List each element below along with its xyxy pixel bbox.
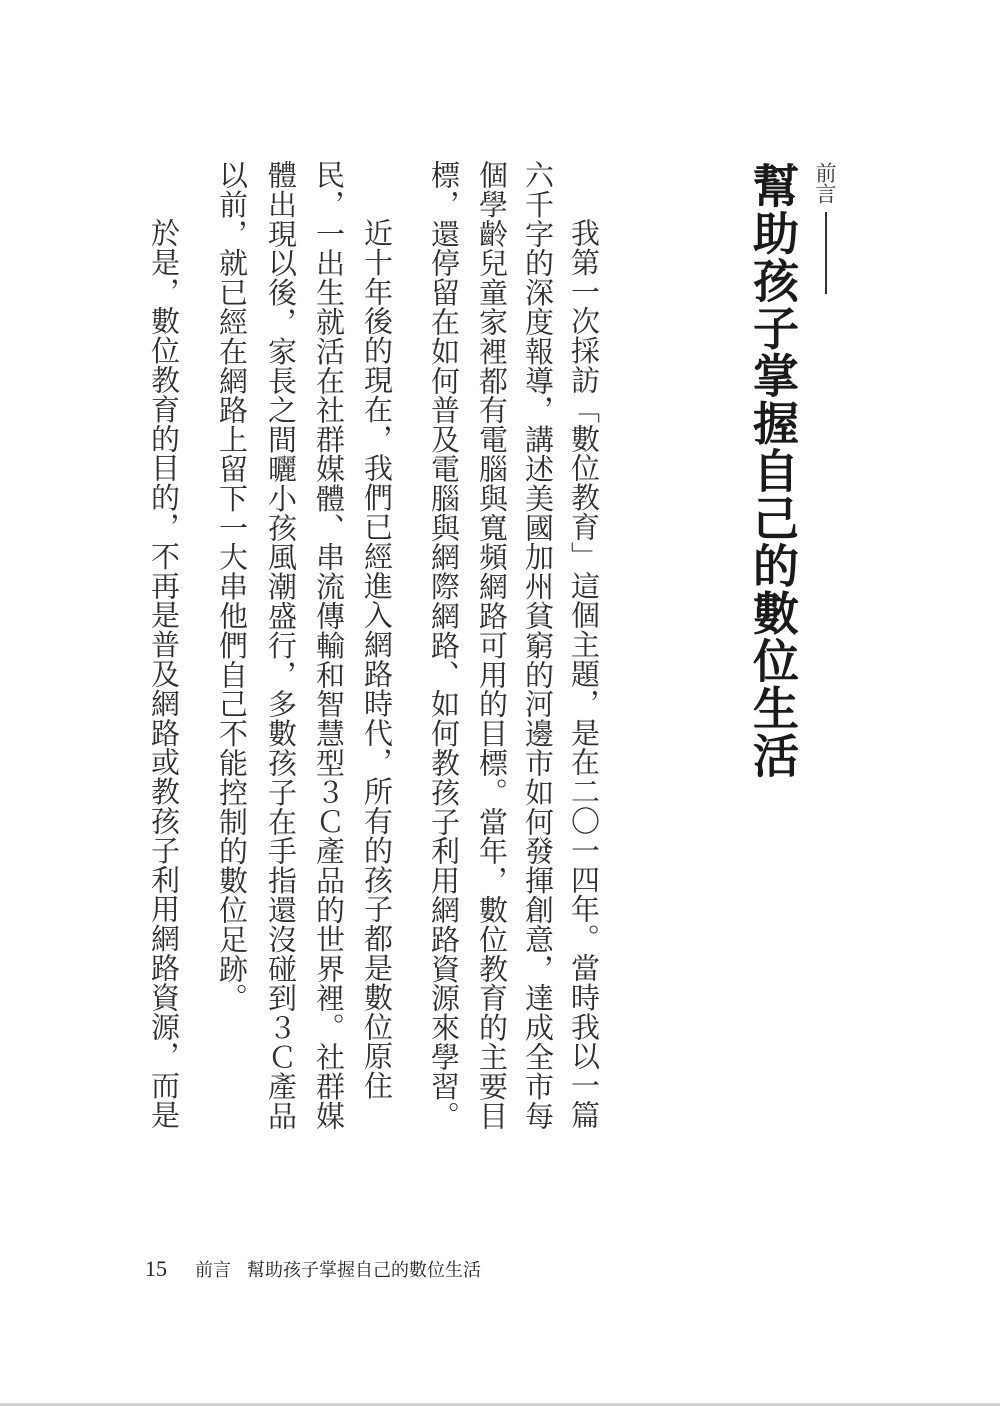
body-column-5: 近十年後的現在，我們已經進入網路時代，所有的孩子都是數位原住: [362, 218, 391, 1100]
chapter-rule-divider: [825, 212, 827, 294]
body-column-2: 六千字的深度報導，講述美國加州貧窮的河邊市如何發揮創意，達成全市每: [523, 160, 552, 1130]
body-column-1: 我第一次採訪「數位教育」這個主題，是在二〇一四年。當時我以一篇: [569, 218, 598, 1129]
chapter-label: 前言: [814, 162, 835, 204]
page-number: 15: [145, 1256, 167, 1282]
body-column-6: 民，一出生就活在社群媒體、串流傳輸和智慧型３Ｃ產品的世界裡。社群媒: [314, 160, 343, 1130]
body-column-4: 標，還停留在如何普及電腦與網際網路、如何教孩子利用網路資源來學習。: [429, 160, 458, 1130]
body-column-9: 於是，數位教育的目的，不再是普及網路或教孩子利用網路資源，而是: [149, 218, 178, 1129]
body-column-3: 個學齡兒童家裡都有電腦與寬頻網路可用的目標。當年，數位教育的主要目: [477, 160, 506, 1130]
footer-running-title: 幫助孩子掌握自己的數位生活: [247, 1256, 481, 1282]
chapter-title: 幫助孩子掌握自己的數位生活: [750, 162, 796, 780]
footer-section: 前言: [195, 1256, 231, 1282]
page-footer: 15 前言 幫助孩子掌握自己的數位生活: [145, 1256, 481, 1282]
book-page: 前言 幫助孩子掌握自己的數位生活 我第一次採訪「數位教育」這個主題，是在二〇一四…: [0, 0, 1000, 1406]
body-column-7: 體出現以後，家長之間曬小孩風潮盛行，多數孩子在手指還沒碰到３Ｃ產品: [266, 160, 295, 1130]
body-column-8: 以前，就已經在網路上留下一大串他們自己不能控制的數位足跡。: [217, 160, 246, 1013]
